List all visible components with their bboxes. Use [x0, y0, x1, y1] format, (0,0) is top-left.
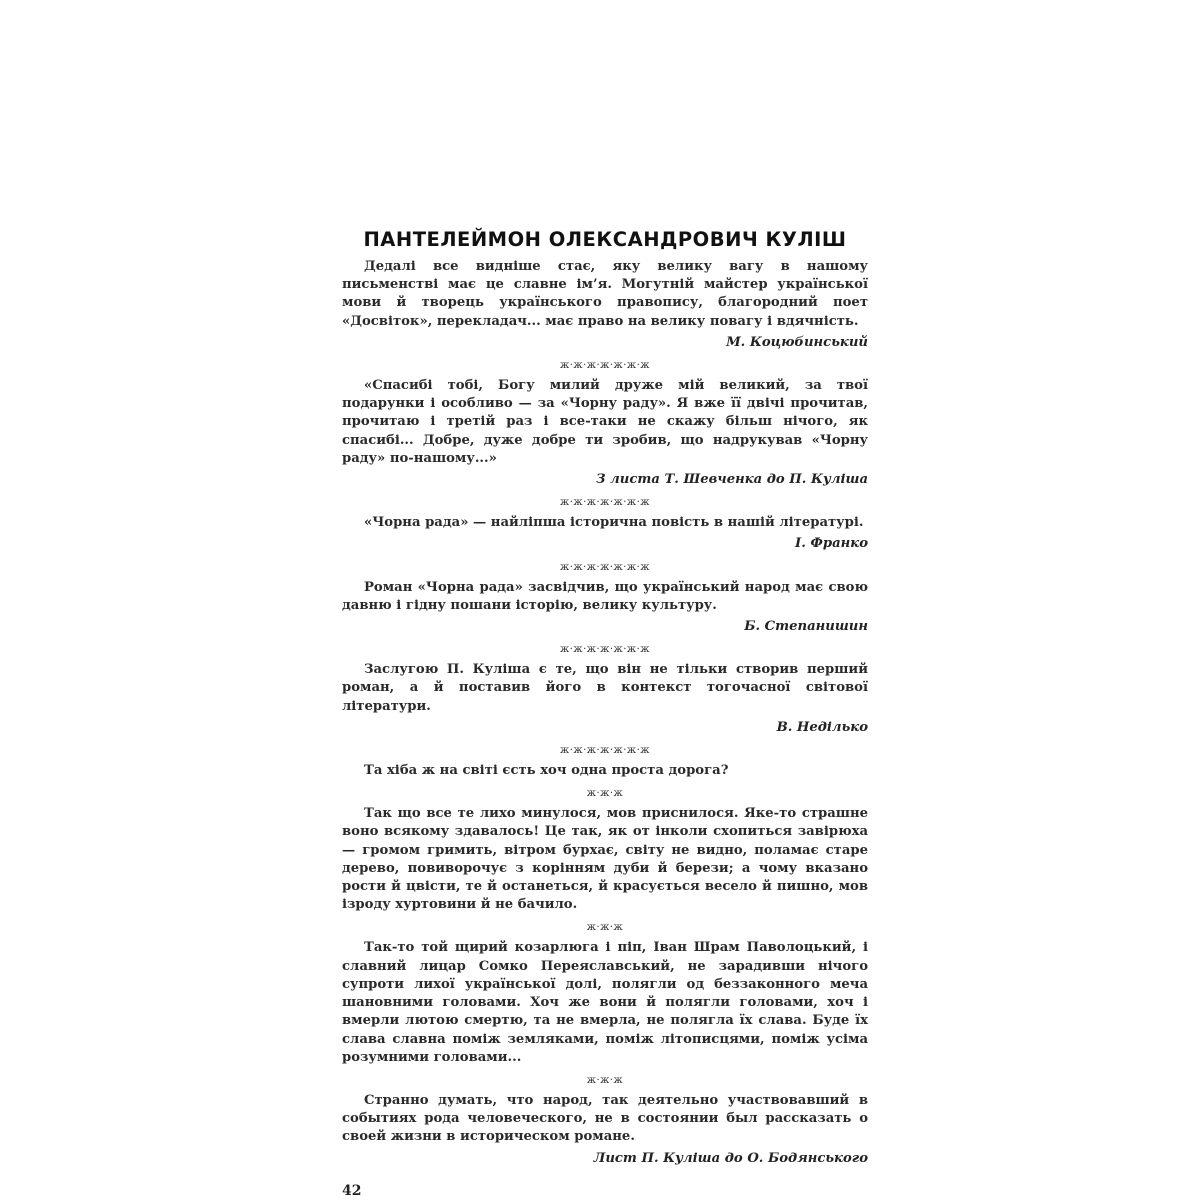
ornament-separator-short: ж·ж·ж [342, 788, 868, 800]
ornament-separator: ж·ж·ж·ж·ж·ж·ж [342, 745, 868, 757]
quote-attribution: І. Франко [342, 535, 868, 553]
excerpt-text: Так-то той щирий козарлюга і піп, Іван Ш… [342, 939, 868, 1066]
page-number: 42 [342, 1182, 868, 1200]
quote-text: Дедалі все видніше стає, яку велику вагу… [342, 258, 868, 331]
quote-text: «Чорна рада» — найліпша історична повіст… [342, 514, 868, 532]
ornament-separator-short: ж·ж·ж [342, 1075, 868, 1087]
quote-text: Роман «Чорна рада» засвідчив, що українс… [342, 579, 868, 615]
ornament-separator: ж·ж·ж·ж·ж·ж·ж [342, 497, 868, 509]
quote-attribution: В. Неділько [342, 719, 868, 737]
page-title: ПАНТЕЛЕЙМОН ОЛЕКСАНДРОВИЧ КУЛІШ [342, 228, 868, 252]
ornament-separator: ж·ж·ж·ж·ж·ж·ж [342, 360, 868, 372]
quote-text: Заслугою П. Куліша є те, що він не тільк… [342, 661, 868, 716]
quote-attribution: М. Коцюбинський [342, 334, 868, 352]
book-page: ПАНТЕЛЕЙМОН ОЛЕКСАНДРОВИЧ КУЛІШ Дедалі в… [342, 228, 868, 1200]
final-attribution: Лист П. Куліша до О. Бодянського [342, 1150, 868, 1168]
quote-attribution: Б. Степанишин [342, 618, 868, 636]
ornament-separator-short: ж·ж·ж [342, 922, 868, 934]
excerpt-text: Так що все те лихо минулося, мов приснил… [342, 805, 868, 914]
quote-attribution: З листа Т. Шевченка до П. Куліша [342, 471, 868, 489]
quote-text: «Спасибі тобі, Богу милий друже мій вели… [342, 377, 868, 468]
excerpt-text: Та хіба ж на світі єсть хоч одна проста … [342, 762, 868, 780]
excerpt-text: Странно думать, что народ, так деятельно… [342, 1092, 868, 1147]
ornament-separator: ж·ж·ж·ж·ж·ж·ж [342, 562, 868, 574]
ornament-separator: ж·ж·ж·ж·ж·ж·ж [342, 644, 868, 656]
